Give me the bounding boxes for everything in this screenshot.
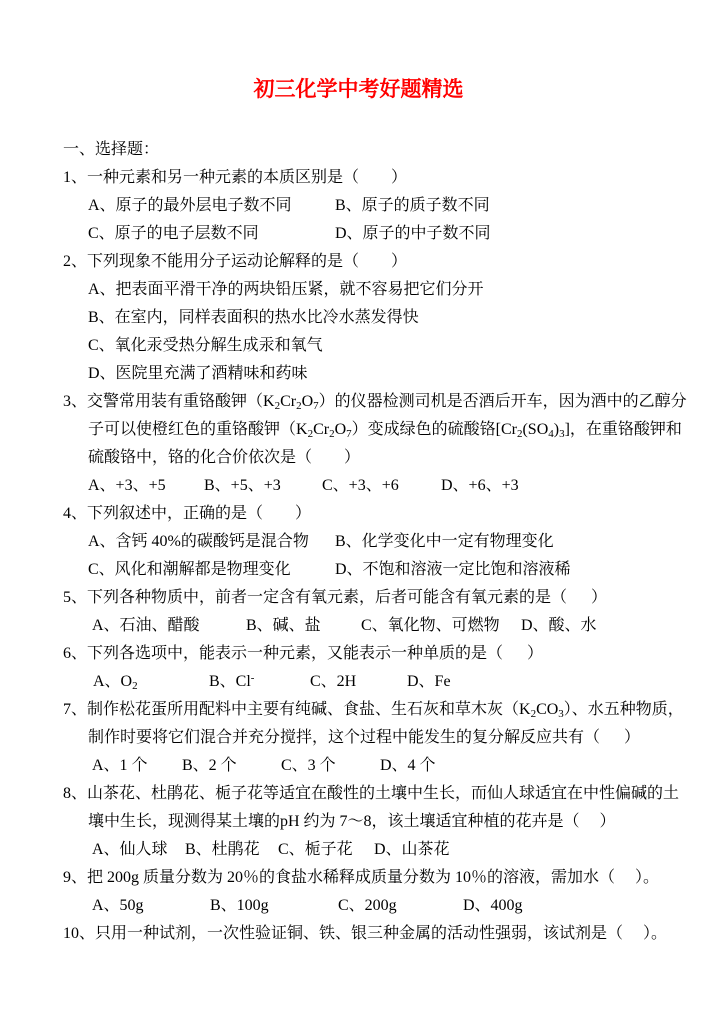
question-10-stem-line: 10、只用一种试剂，一次性验证铜、铁、银三种金属的活动性强弱，该试剂是（ ）。 (0, 920, 717, 948)
q5-option-d: D、酸、水 (521, 612, 597, 640)
question-6-stem-line: 6、下列各选项中，能表示一种元素，又能表示一种单质的是（ ） (0, 640, 717, 668)
q7-option-d: D、4 个 (380, 752, 436, 780)
q8-option-b: B、杜鹃花 (185, 836, 260, 864)
q5-option-a: A、石油、醋酸 (92, 612, 200, 640)
q7-option-a: A、1 个 (92, 752, 148, 780)
q4-option-c: C、风化和潮解都是物理变化 (88, 556, 291, 584)
document-title: 初三化学中考好题精选 (0, 74, 717, 104)
question-9: 9、把 200g 质量分数为 20％的食盐水稀释成质量分数为 10％的溶液，需加… (0, 864, 717, 920)
question-5: 5、下列各种物质中，前者一定含有氧元素，后者可能含有氧元素的是（ ）A、石油、醋… (0, 584, 717, 640)
question-4: 4、下列叙述中，正确的是（ ）A、含钙 40%的碳酸钙是混合物B、化学变化中一定… (0, 500, 717, 584)
question-1: 1、一种元素和另一种元素的本质区别是（ ）A、原子的最外层电子数不同B、原子的质… (0, 164, 717, 248)
q8-option-c: C、栀子花 (278, 836, 353, 864)
q7-option-c: C、3 个 (281, 752, 336, 780)
question-2-options-row: D、医院里充满了酒精味和药味 (0, 360, 717, 388)
q1-option-d: D、原子的中子数不同 (335, 220, 491, 248)
question-2-options-row: A、把表面平滑干净的两块铅压紧，就不容易把它们分开 (0, 276, 717, 304)
q1-option-c: C、原子的电子层数不同 (88, 220, 259, 248)
q6-option-a: A、O2 (93, 668, 138, 696)
question-7: 7、制作松花蛋所用配料中主要有纯碱、食盐、生石灰和草木灰（K2CO3）、水五种物… (0, 696, 717, 780)
q9-option-c: C、200g (338, 892, 397, 920)
q6-option-d: D、Fe (407, 668, 451, 696)
section-heading: 一、选择题： (0, 136, 717, 164)
q4-option-b: B、化学变化中一定有物理变化 (335, 528, 554, 556)
q9-option-d: D、400g (463, 892, 523, 920)
q7-option-b: B、2 个 (182, 752, 237, 780)
question-8-stem-line: 壤中生长，现测得某土壤的pH 约为 7～8，该土壤适宜种植的花卉是（ ） (0, 808, 717, 836)
question-7-stem-line: 制作时要将它们混合并充分搅拌，这个过程中能发生的复分解反应共有（ ） (0, 724, 717, 752)
question-1-stem-line: 1、一种元素和另一种元素的本质区别是（ ） (0, 164, 717, 192)
q2-option-d: D、医院里充满了酒精味和药味 (88, 360, 308, 388)
q2-option-a: A、把表面平滑干净的两块铅压紧，就不容易把它们分开 (88, 276, 484, 304)
q1-option-a: A、原子的最外层电子数不同 (88, 192, 292, 220)
q9-option-b: B、100g (210, 892, 269, 920)
question-8-stem-line: 8、山茶花、杜鹃花、栀子花等适宜在酸性的土壤中生长，而仙人球适宜在中性偏碱的土 (0, 780, 717, 808)
question-5-options-row: A、石油、醋酸B、碱、盐C、氧化物、可燃物D、酸、水 (0, 612, 717, 640)
q5-option-b: B、碱、盐 (246, 612, 321, 640)
document-body: 一、选择题： 1、一种元素和另一种元素的本质区别是（ ）A、原子的最外层电子数不… (0, 136, 717, 948)
q4-option-d: D、不饱和溶液一定比饱和溶液稀 (335, 556, 571, 584)
question-3-options-row: A、+3、+5B、+5、+3C、+3、+6D、+6、+3 (0, 472, 717, 500)
question-9-stem-line: 9、把 200g 质量分数为 20％的食盐水稀释成质量分数为 10％的溶液，需加… (0, 864, 717, 892)
question-1-options-row: C、原子的电子层数不同D、原子的中子数不同 (0, 220, 717, 248)
question-2-stem-line: 2、下列现象不能用分子运动论解释的是（ ） (0, 248, 717, 276)
question-9-options-row: A、50gB、100gC、200gD、400g (0, 892, 717, 920)
question-1-options-row: A、原子的最外层电子数不同B、原子的质子数不同 (0, 192, 717, 220)
question-3: 3、交警常用装有重铬酸钾（K2Cr2O7）的仪器检测司机是否酒后开车，因为酒中的… (0, 388, 717, 500)
question-8: 8、山茶花、杜鹃花、栀子花等适宜在酸性的土壤中生长，而仙人球适宜在中性偏碱的土壤… (0, 780, 717, 864)
document-page: 初三化学中考好题精选 一、选择题： 1、一种元素和另一种元素的本质区别是（ ）A… (0, 0, 717, 1012)
q8-option-d: D、山茶花 (374, 836, 450, 864)
question-3-stem-line: 硫酸铬中，铬的化合价依次是（ ） (0, 444, 717, 472)
q3-option-b: B、+5、+3 (204, 472, 281, 500)
q2-option-c: C、氧化汞受热分解生成汞和氧气 (88, 332, 323, 360)
q8-option-a: A、仙人球 (92, 836, 168, 864)
question-6-options-row: A、O2B、Cl-C、2HD、Fe (0, 668, 717, 696)
question-3-stem-line: 子可以使橙红色的重铬酸钾（K2Cr2O7）变成绿色的硫酸铬[Cr2(SO4)3]… (0, 416, 717, 444)
question-2: 2、下列现象不能用分子运动论解释的是（ ）A、把表面平滑干净的两块铅压紧，就不容… (0, 248, 717, 388)
q3-option-d: D、+6、+3 (441, 472, 519, 500)
q6-option-c: C、2H (310, 668, 356, 696)
question-10: 10、只用一种试剂，一次性验证铜、铁、银三种金属的活动性强弱，该试剂是（ ）。 (0, 920, 717, 948)
question-4-options-row: A、含钙 40%的碳酸钙是混合物B、化学变化中一定有物理变化 (0, 528, 717, 556)
question-4-options-row: C、风化和潮解都是物理变化D、不饱和溶液一定比饱和溶液稀 (0, 556, 717, 584)
q2-option-b: B、在室内，同样表面积的热水比冷水蒸发得快 (88, 304, 419, 332)
question-8-options-row: A、仙人球B、杜鹃花C、栀子花D、山茶花 (0, 836, 717, 864)
q1-option-b: B、原子的质子数不同 (335, 192, 490, 220)
question-6: 6、下列各选项中，能表示一种元素，又能表示一种单质的是（ ）A、O2B、Cl-C… (0, 640, 717, 696)
question-list: 1、一种元素和另一种元素的本质区别是（ ）A、原子的最外层电子数不同B、原子的质… (0, 164, 717, 948)
question-5-stem-line: 5、下列各种物质中，前者一定含有氧元素，后者可能含有氧元素的是（ ） (0, 584, 717, 612)
question-7-stem-line: 7、制作松花蛋所用配料中主要有纯碱、食盐、生石灰和草木灰（K2CO3）、水五种物… (0, 696, 717, 724)
q3-option-a: A、+3、+5 (88, 472, 166, 500)
q3-option-c: C、+3、+6 (322, 472, 399, 500)
question-7-options-row: A、1 个B、2 个C、3 个D、4 个 (0, 752, 717, 780)
q4-option-a: A、含钙 40%的碳酸钙是混合物 (88, 528, 309, 556)
question-4-stem-line: 4、下列叙述中，正确的是（ ） (0, 500, 717, 528)
q9-option-a: A、50g (92, 892, 144, 920)
question-2-options-row: C、氧化汞受热分解生成汞和氧气 (0, 332, 717, 360)
question-3-stem-line: 3、交警常用装有重铬酸钾（K2Cr2O7）的仪器检测司机是否酒后开车，因为酒中的… (0, 388, 717, 416)
q5-option-c: C、氧化物、可燃物 (361, 612, 500, 640)
q6-option-b: B、Cl- (209, 668, 254, 696)
question-2-options-row: B、在室内，同样表面积的热水比冷水蒸发得快 (0, 304, 717, 332)
